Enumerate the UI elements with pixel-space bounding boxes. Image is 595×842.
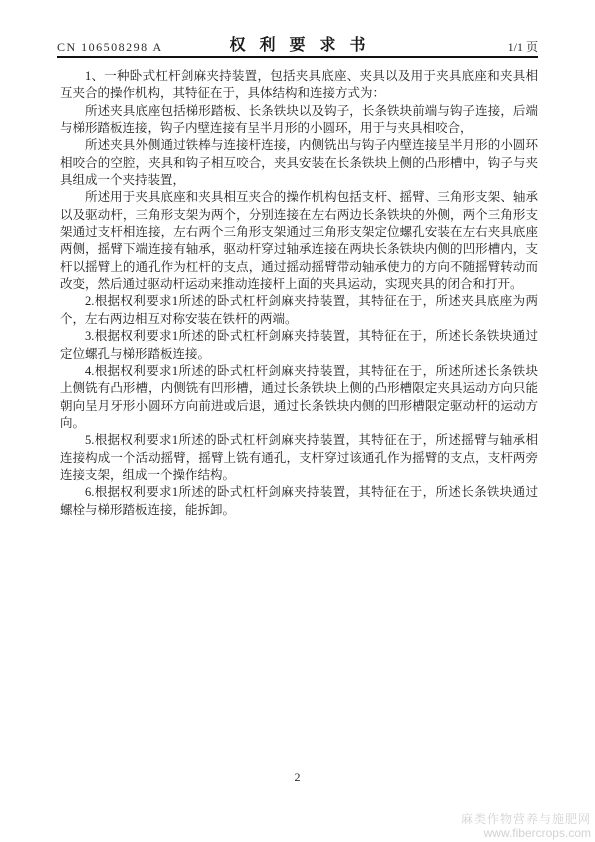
claim-5: 5.根据权利要求1所述的卧式杠杆剑麻夹持装置，其特征在于，所述摇臂与轴承相连接构… <box>60 432 538 484</box>
claim-6: 6.根据权利要求1所述的卧式杠杆剑麻夹持装置，其特征在于，所述长条铁块通过螺栓与… <box>60 484 538 519</box>
patent-claims-page: CN 106508298 A 权利要求书 1/1 页 1、一种卧式杠杆剑麻夹持装… <box>0 0 595 842</box>
header-divider <box>57 56 538 58</box>
claim-1-clause-clamp: 所述夹具外侧通过铁棒与连接杆连接，内侧铣出与钩子内壁连接呈半月形的小圆环相咬合的… <box>60 137 538 189</box>
page-number: 2 <box>0 770 595 785</box>
claim-3: 3.根据权利要求1所述的卧式杠杆剑麻夹持装置，其特征在于，所述长条铁块通过定位螺… <box>60 328 538 363</box>
claim-2: 2.根据权利要求1所述的卧式杠杆剑麻夹持装置，其特征在于，所述夹具底座为两个，左… <box>60 293 538 328</box>
claim-1-clause-mechanism: 所述用于夹具底座和夹具相互夹合的操作机构包括支杆、摇臂、三角形支架、轴承以及驱动… <box>60 189 538 293</box>
claim-1-intro: 1、一种卧式杠杆剑麻夹持装置，包括夹具底座、夹具以及用于夹具底座和夹具相互夹合的… <box>60 68 538 103</box>
document-title: 权利要求书 <box>57 32 538 55</box>
claim-4: 4.根据权利要求1所述的卧式杠杆剑麻夹持装置，其特征在于，所述所述长条铁块上侧铣… <box>60 363 538 432</box>
page-header: CN 106508298 A 权利要求书 1/1 页 <box>57 33 538 55</box>
watermark-site-name: 麻类作物营养与施肥网 <box>461 812 591 826</box>
claims-text: 1、一种卧式杠杆剑麻夹持装置，包括夹具底座、夹具以及用于夹具底座和夹具相互夹合的… <box>60 68 538 519</box>
watermark-site-url: www.fibercrops.com <box>461 826 591 840</box>
watermark: 麻类作物营养与施肥网 www.fibercrops.com <box>461 812 591 840</box>
claim-1-clause-base: 所述夹具底座包括梯形踏板、长条铁块以及钩子，长条铁块前端与钩子连接，后端与梯形踏… <box>60 103 538 138</box>
